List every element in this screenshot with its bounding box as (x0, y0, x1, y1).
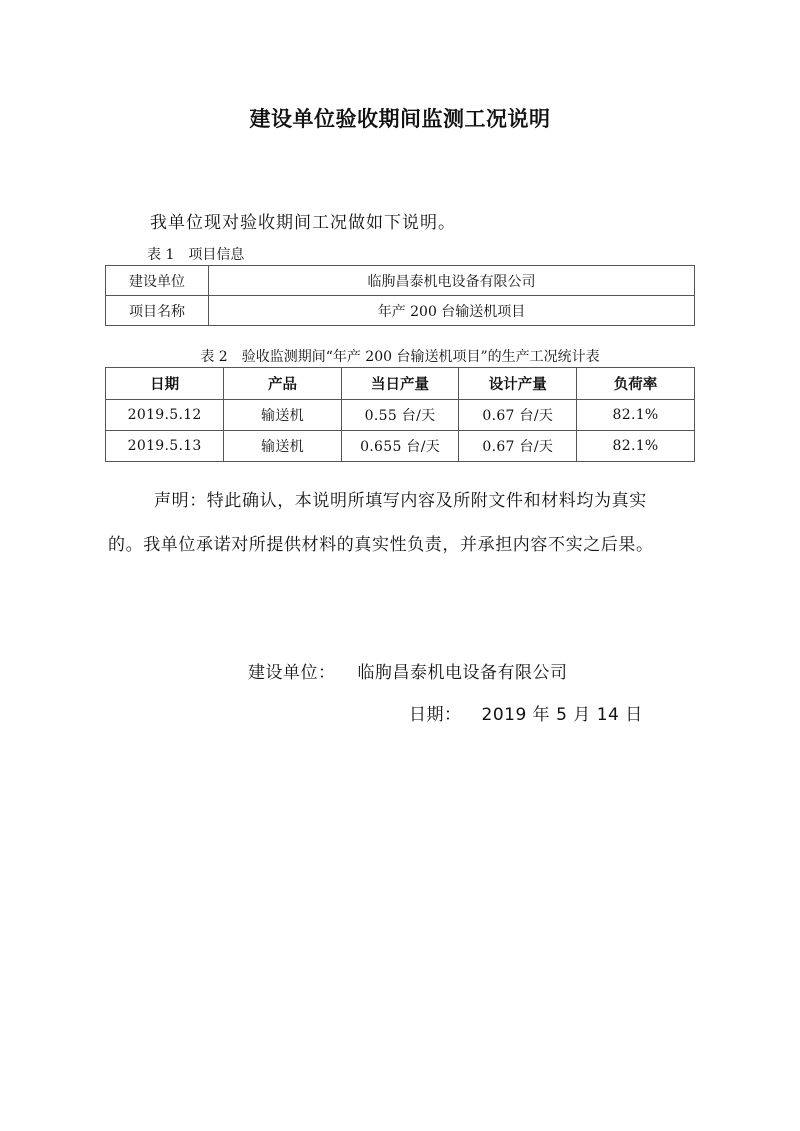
signature-date-label: 日期： (409, 705, 462, 725)
header-design-output: 设计产量 (459, 368, 577, 400)
cell-date: 2019.5.13 (106, 431, 224, 462)
header-daily-output: 当日产量 (341, 368, 459, 400)
header-load-rate: 负荷率 (577, 368, 695, 400)
table2-caption: 表 2 验收监测期间“年产 200 台输送机项目”的生产工况统计表 (0, 346, 800, 366)
table-row: 项目名称 年产 200 台输送机项目 (106, 296, 695, 326)
project-name-label: 项目名称 (106, 296, 209, 326)
header-date: 日期 (106, 368, 224, 400)
signature-unit: 建设单位：临朐昌泰机电设备有限公司 (248, 658, 568, 683)
project-name-value: 年产 200 台输送机项目 (209, 296, 695, 326)
table-row: 2019.5.12 输送机 0.55 台/天 0.67 台/天 82.1% (106, 400, 695, 431)
table-row: 建设单位 临朐昌泰机电设备有限公司 (106, 266, 695, 296)
signature-unit-label: 建设单位： (248, 663, 336, 683)
construction-unit-label: 建设单位 (106, 266, 209, 296)
document-title: 建设单位验收期间监测工况说明 (0, 103, 800, 133)
intro-paragraph: 我单位现对验收期间工况做如下说明。 (150, 208, 456, 233)
table1-caption: 表 1项目信息 (147, 244, 244, 264)
signature-date: 日期：2019 年 5 月 14 日 (409, 700, 643, 725)
cell-load-rate: 82.1% (577, 431, 695, 462)
cell-product: 输送机 (224, 431, 341, 462)
table1-caption-number: 表 1 (147, 247, 174, 263)
declaration-line-1: 声明：特此确认，本说明所填写内容及所附文件和材料均为真实 (154, 486, 744, 511)
signature-date-value: 2019 年 5 月 14 日 (482, 705, 643, 725)
production-stats-table: 日期 产品 当日产量 设计产量 负荷率 2019.5.12 输送机 0.55 台… (105, 367, 695, 462)
table1-caption-text: 项目信息 (188, 247, 244, 263)
cell-daily-output: 0.55 台/天 (341, 400, 459, 431)
cell-load-rate: 82.1% (577, 400, 695, 431)
table-header-row: 日期 产品 当日产量 设计产量 负荷率 (106, 368, 695, 400)
table-row: 2019.5.13 输送机 0.655 台/天 0.67 台/天 82.1% (106, 431, 695, 462)
header-product: 产品 (224, 368, 341, 400)
project-info-table: 建设单位 临朐昌泰机电设备有限公司 项目名称 年产 200 台输送机项目 (105, 265, 695, 326)
cell-date: 2019.5.12 (106, 400, 224, 431)
cell-product: 输送机 (224, 400, 341, 431)
declaration-line-2: 的。我单位承诺对所提供材料的真实性负责，并承担内容不实之后果。 (108, 530, 698, 555)
cell-design-output: 0.67 台/天 (459, 400, 577, 431)
cell-design-output: 0.67 台/天 (459, 431, 577, 462)
cell-daily-output: 0.655 台/天 (341, 431, 459, 462)
construction-unit-value: 临朐昌泰机电设备有限公司 (209, 266, 695, 296)
signature-unit-value: 临朐昌泰机电设备有限公司 (358, 663, 568, 683)
